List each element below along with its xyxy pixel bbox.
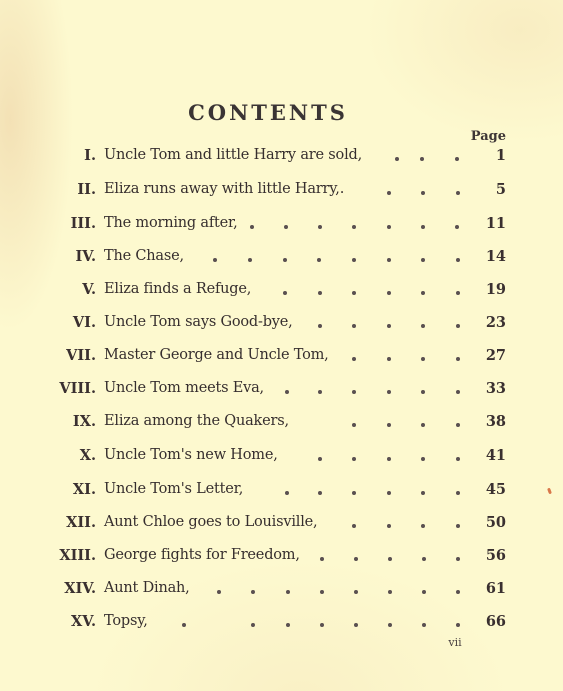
toc-entry: XI.Uncle Tom's Letter,45: [0, 481, 563, 503]
chapter-title: Topsy,: [104, 613, 148, 629]
leader-dot: [320, 557, 324, 561]
leader-dot: [420, 157, 424, 161]
chapter-page-number: 66: [460, 613, 506, 630]
leader-dot: [352, 491, 356, 495]
leader-dot: [421, 457, 425, 461]
leader-dot: [320, 623, 324, 627]
chapter-title: Aunt Dinah,: [104, 580, 190, 596]
leader-dot: [387, 291, 391, 295]
leader-dot: [182, 623, 186, 627]
leader-dot: [318, 324, 322, 328]
leader-dot: [352, 524, 356, 528]
leader-dot: [387, 324, 391, 328]
leader-dot: [388, 557, 392, 561]
chapter-numeral: I.: [0, 147, 96, 164]
chapter-title: Uncle Tom's Letter,: [104, 481, 243, 497]
leader-dot: [421, 390, 425, 394]
leader-dot: [318, 457, 322, 461]
leader-dot: [251, 623, 255, 627]
leader-dot: [387, 524, 391, 528]
leader-dot: [352, 291, 356, 295]
chapter-title: Master George and Uncle Tom,: [104, 347, 329, 363]
leader-dot: [286, 623, 290, 627]
toc-entry: VII.Master George and Uncle Tom,27: [0, 347, 563, 369]
leader-dot: [421, 491, 425, 495]
toc-entry: VIII.Uncle Tom meets Eva,33: [0, 380, 563, 402]
chapter-title: George fights for Freedom,: [104, 547, 300, 563]
leader-dot: [387, 457, 391, 461]
chapter-title: Uncle Tom and little Harry are sold,: [104, 147, 362, 163]
toc-entry: II.Eliza runs away with little Harry,.5: [0, 181, 563, 203]
chapter-page-number: 23: [460, 314, 506, 331]
leader-dot: [250, 225, 254, 229]
leader-dot: [217, 590, 221, 594]
chapter-page-number: 61: [460, 580, 506, 597]
leader-dot: [421, 258, 425, 262]
leader-dot: [395, 157, 399, 161]
book-page: CONTENTS Page I.Uncle Tom and little Har…: [0, 0, 563, 691]
toc-entry: XII.Aunt Chloe goes to Louisville,50: [0, 514, 563, 536]
leader-dot: [387, 191, 391, 195]
chapter-title: Eliza among the Quakers,: [104, 413, 289, 429]
leader-dot: [421, 291, 425, 295]
chapter-page-number: 41: [460, 447, 506, 464]
leader-dot: [354, 590, 358, 594]
page-title: CONTENTS: [0, 100, 536, 125]
leader-dot: [421, 191, 425, 195]
leader-dot: [284, 225, 288, 229]
chapter-numeral: V.: [0, 281, 96, 298]
chapter-title: Uncle Tom says Good-bye,: [104, 314, 293, 330]
leader-dot: [421, 357, 425, 361]
leader-dot: [285, 491, 289, 495]
leader-dot: [352, 390, 356, 394]
toc-entry: X.Uncle Tom's new Home,41: [0, 447, 563, 469]
leader-dot: [318, 491, 322, 495]
chapter-numeral: XI.: [0, 481, 96, 498]
leader-dot: [422, 623, 426, 627]
leader-dot: [455, 157, 459, 161]
toc-entry: XIII.George fights for Freedom,56: [0, 547, 563, 569]
chapter-numeral: XV.: [0, 613, 96, 630]
chapter-title: The morning after,: [104, 215, 238, 231]
leader-dot: [248, 258, 252, 262]
leader-dot: [352, 357, 356, 361]
leader-dot: [354, 557, 358, 561]
leader-dot: [387, 357, 391, 361]
leader-dot: [421, 324, 425, 328]
chapter-numeral: II.: [0, 181, 96, 198]
toc-entry: IX.Eliza among the Quakers,38: [0, 413, 563, 435]
leader-dot: [285, 390, 289, 394]
chapter-title: Uncle Tom meets Eva,: [104, 380, 264, 396]
leader-dot: [352, 457, 356, 461]
toc-entry: V.Eliza finds a Refuge,19: [0, 281, 563, 303]
leader-dot: [387, 258, 391, 262]
leader-dot: [455, 225, 459, 229]
chapter-title: Aunt Chloe goes to Louisville,: [104, 514, 317, 530]
leader-dot: [387, 423, 391, 427]
chapter-numeral: XIV.: [0, 580, 96, 597]
chapter-page-number: 19: [460, 281, 506, 298]
chapter-page-number: 5: [460, 181, 506, 198]
leader-dot: [387, 390, 391, 394]
leader-dot: [422, 557, 426, 561]
toc-entry: IV.The Chase,14: [0, 248, 563, 270]
chapter-title: Eliza runs away with little Harry,.: [104, 181, 344, 197]
leader-dot: [283, 258, 287, 262]
leader-dot: [352, 225, 356, 229]
toc-entry: XIV.Aunt Dinah,61: [0, 580, 563, 602]
chapter-numeral: IX.: [0, 413, 96, 430]
chapter-title: Eliza finds a Refuge,: [104, 281, 251, 297]
leader-dot: [421, 225, 425, 229]
leader-dot: [318, 291, 322, 295]
page-folio: vii: [440, 636, 470, 649]
chapter-page-number: 38: [460, 413, 506, 430]
chapter-page-number: 56: [460, 547, 506, 564]
leader-dot: [352, 324, 356, 328]
chapter-title: The Chase,: [104, 248, 184, 264]
chapter-numeral: VI.: [0, 314, 96, 331]
chapter-numeral: X.: [0, 447, 96, 464]
chapter-numeral: III.: [0, 215, 96, 232]
chapter-page-number: 50: [460, 514, 506, 531]
leader-dot: [421, 423, 425, 427]
leader-dot: [388, 590, 392, 594]
leader-dot: [422, 590, 426, 594]
chapter-numeral: XII.: [0, 514, 96, 531]
leader-dot: [352, 258, 356, 262]
chapter-page-number: 11: [460, 215, 506, 232]
leader-dot: [318, 390, 322, 394]
chapter-page-number: 45: [460, 481, 506, 498]
chapter-numeral: VIII.: [0, 380, 96, 397]
chapter-numeral: XIII.: [0, 547, 96, 564]
leader-dot: [352, 423, 356, 427]
leader-dot: [388, 623, 392, 627]
chapter-page-number: 33: [460, 380, 506, 397]
leader-dot: [213, 258, 217, 262]
leader-dot: [354, 623, 358, 627]
leader-dot: [283, 291, 287, 295]
toc-entry: III.The morning after,11: [0, 215, 563, 237]
leader-dot: [318, 225, 322, 229]
chapter-page-number: 1: [460, 147, 506, 164]
leader-dot: [421, 524, 425, 528]
chapter-title: Uncle Tom's new Home,: [104, 447, 278, 463]
leader-dot: [387, 491, 391, 495]
page-column-label: Page: [466, 129, 506, 144]
toc-entry: I.Uncle Tom and little Harry are sold,1: [0, 147, 563, 169]
leader-dot: [251, 590, 255, 594]
chapter-numeral: IV.: [0, 248, 96, 265]
chapter-page-number: 27: [460, 347, 506, 364]
leader-dot: [317, 258, 321, 262]
toc-entry: VI.Uncle Tom says Good-bye,23: [0, 314, 563, 336]
leader-dot: [286, 590, 290, 594]
toc-entry: XV.Topsy,66: [0, 613, 563, 635]
chapter-numeral: VII.: [0, 347, 96, 364]
chapter-page-number: 14: [460, 248, 506, 265]
leader-dot: [320, 590, 324, 594]
leader-dot: [387, 225, 391, 229]
